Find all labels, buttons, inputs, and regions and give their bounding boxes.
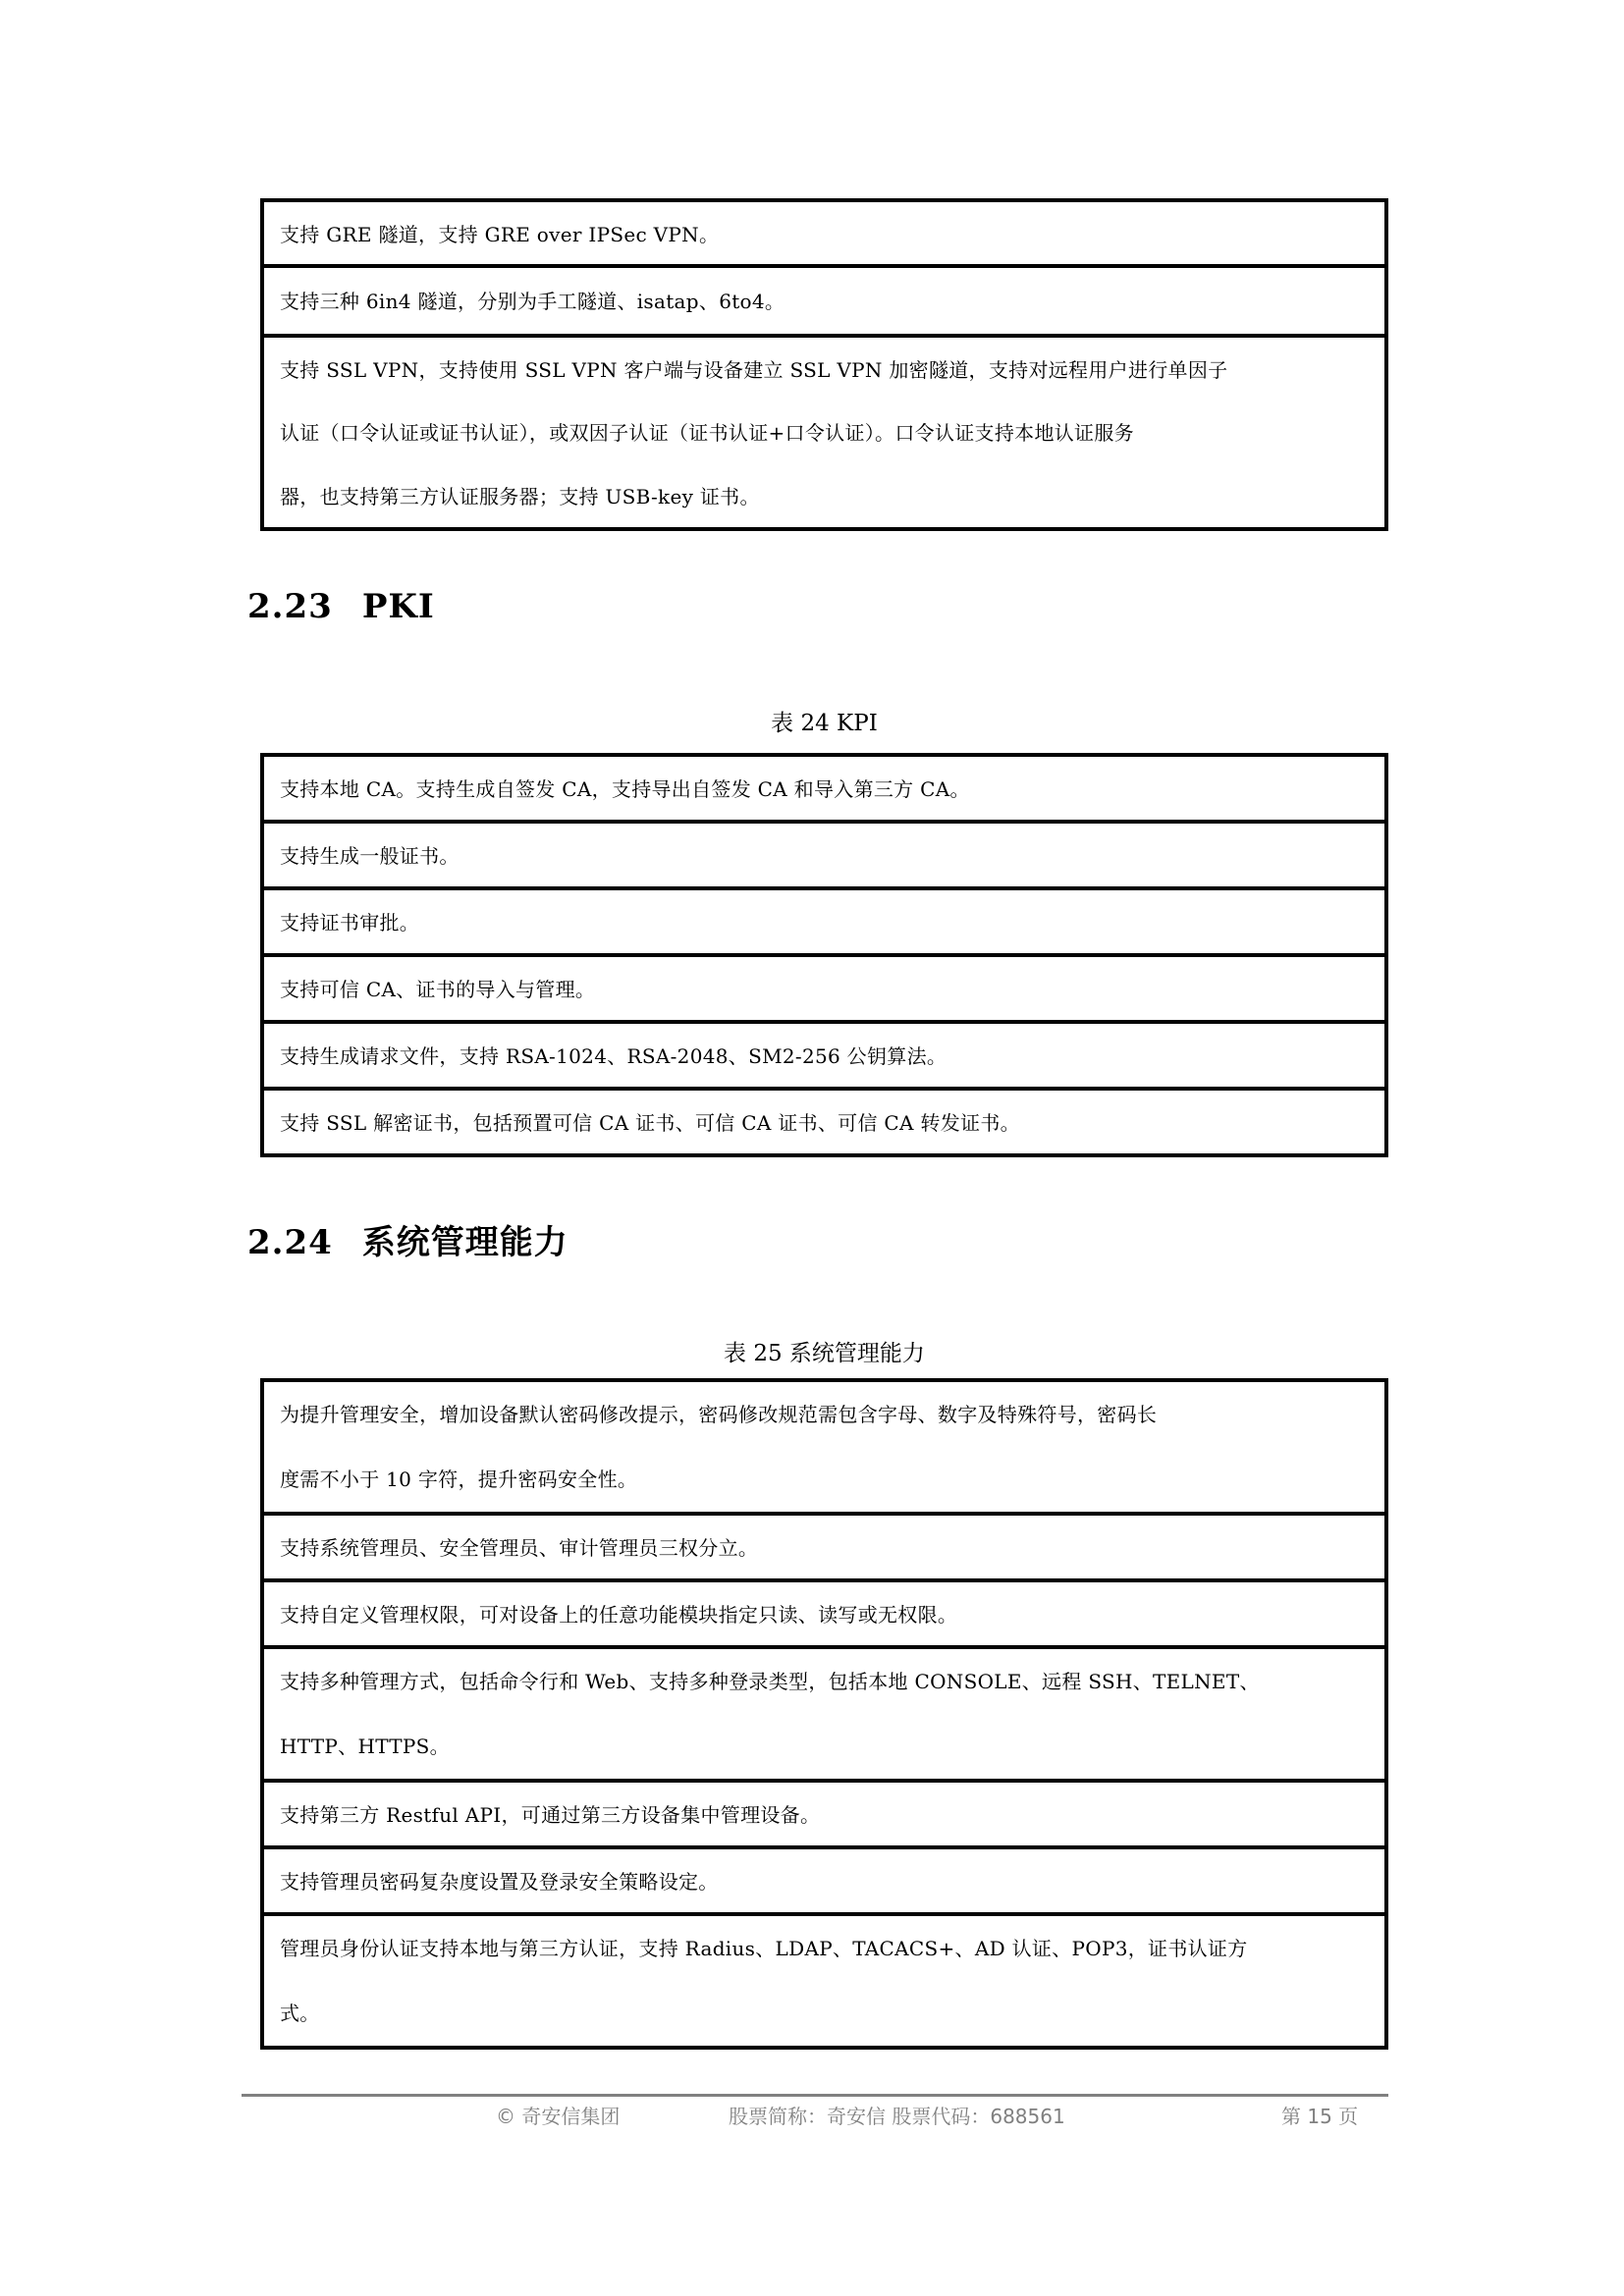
cell-text: 支持三种 6in4 隧道，分别为手工隧道、isatap、6to4。 [280,269,1369,334]
cell-text: 支持证书审批。 [280,890,1369,953]
section-heading-pki: 2.23PKI [247,587,435,626]
cell-text: 式。 [280,1981,1369,2046]
section-number: 2.24 [247,1223,333,1262]
cell-text: 支持生成请求文件，支持 RSA-1024、RSA-2048、SM2-256 公钥… [280,1024,1369,1087]
table-row: 支持系统管理员、安全管理员、审计管理员三权分立。 [264,1512,1384,1578]
section-number: 2.23 [247,587,333,626]
cell-text: 支持管理员密码复杂度设置及登录安全策略设定。 [280,1849,1369,1912]
table-row: 为提升管理安全，增加设备默认密码修改提示，密码修改规范需包含字母、数字及特殊符号… [264,1382,1384,1512]
table-row: 支持证书审批。 [264,886,1384,953]
section-title: PKI [362,587,435,626]
section-heading-system-management: 2.24系统管理能力 [247,1215,568,1263]
table-row: 支持生成请求文件，支持 RSA-1024、RSA-2048、SM2-256 公钥… [264,1020,1384,1087]
cell-text: 支持多种管理方式，包括命令行和 Web、支持多种登录类型，包括本地 CONSOL… [280,1649,1369,1714]
cell-text: 支持生成一般证书。 [280,824,1369,886]
table-row: 支持本地 CA。支持生成自签发 CA，支持导出自签发 CA 和导入第三方 CA。 [264,757,1384,820]
cell-text: 度需不小于 10 字符，提升密码安全性。 [280,1447,1369,1512]
cell-text: 支持可信 CA、证书的导入与管理。 [280,957,1369,1020]
cell-text: 支持系统管理员、安全管理员、审计管理员三权分立。 [280,1516,1369,1578]
table-row: 支持 SSL VPN，支持使用 SSL VPN 客户端与设备建立 SSL VPN… [264,334,1384,527]
cell-text: HTTP、HTTPS。 [280,1714,1369,1779]
footer-stock-info: 股票简称：奇安信 股票代码：688561 [729,2101,1065,2129]
footer-divider [242,2094,1388,2097]
table-row: 支持自定义管理权限，可对设备上的任意功能模块指定只读、读写或无权限。 [264,1578,1384,1645]
table-row: 支持第三方 Restful API，可通过第三方设备集中管理设备。 [264,1779,1384,1845]
table-system-management: 为提升管理安全，增加设备默认密码修改提示，密码修改规范需包含字母、数字及特殊符号… [260,1378,1388,2050]
table-caption-24: 表 24 KPI [260,705,1388,737]
cell-text: 支持自定义管理权限，可对设备上的任意功能模块指定只读、读写或无权限。 [280,1582,1369,1645]
table-row: 支持 GRE 隧道，支持 GRE over IPSec VPN。 [264,202,1384,264]
footer-copyright: © 奇安信集团 [496,2101,620,2129]
table-row: 支持生成一般证书。 [264,820,1384,886]
table-row: 支持 SSL 解密证书，包括预置可信 CA 证书、可信 CA 证书、可信 CA … [264,1087,1384,1153]
table-caption-25: 表 25 系统管理能力 [260,1335,1388,1367]
table-row: 管理员身份认证支持本地与第三方认证，支持 Radius、LDAP、TACACS+… [264,1912,1384,2046]
table-row: 支持管理员密码复杂度设置及登录安全策略设定。 [264,1845,1384,1912]
cell-text: 器，也支持第三方认证服务器；支持 USB-key 证书。 [280,464,1369,527]
section-title: 系统管理能力 [362,1223,568,1262]
table-continued: 支持 GRE 隧道，支持 GRE over IPSec VPN。 支持三种 6i… [260,198,1388,531]
footer-page-number: 第 15 页 [1281,2101,1358,2129]
cell-text: 管理员身份认证支持本地与第三方认证，支持 Radius、LDAP、TACACS+… [280,1916,1369,1981]
cell-text: 支持 SSL VPN，支持使用 SSL VPN 客户端与设备建立 SSL VPN… [280,338,1369,400]
cell-text: 支持第三方 Restful API，可通过第三方设备集中管理设备。 [280,1783,1369,1845]
cell-text: 认证（口令认证或证书认证），或双因子认证（证书认证+口令认证）。口令认证支持本地… [280,400,1369,463]
cell-text: 支持 SSL 解密证书，包括预置可信 CA 证书、可信 CA 证书、可信 CA … [280,1091,1369,1153]
cell-text: 为提升管理安全，增加设备默认密码修改提示，密码修改规范需包含字母、数字及特殊符号… [280,1382,1369,1447]
table-row: 支持三种 6in4 隧道，分别为手工隧道、isatap、6to4。 [264,264,1384,334]
cell-text: 支持本地 CA。支持生成自签发 CA，支持导出自签发 CA 和导入第三方 CA。 [280,757,1369,820]
table-row: 支持多种管理方式，包括命令行和 Web、支持多种登录类型，包括本地 CONSOL… [264,1645,1384,1779]
table-row: 支持可信 CA、证书的导入与管理。 [264,953,1384,1020]
table-pki: 支持本地 CA。支持生成自签发 CA，支持导出自签发 CA 和导入第三方 CA。… [260,753,1388,1157]
cell-text: 支持 GRE 隧道，支持 GRE over IPSec VPN。 [280,202,1369,264]
